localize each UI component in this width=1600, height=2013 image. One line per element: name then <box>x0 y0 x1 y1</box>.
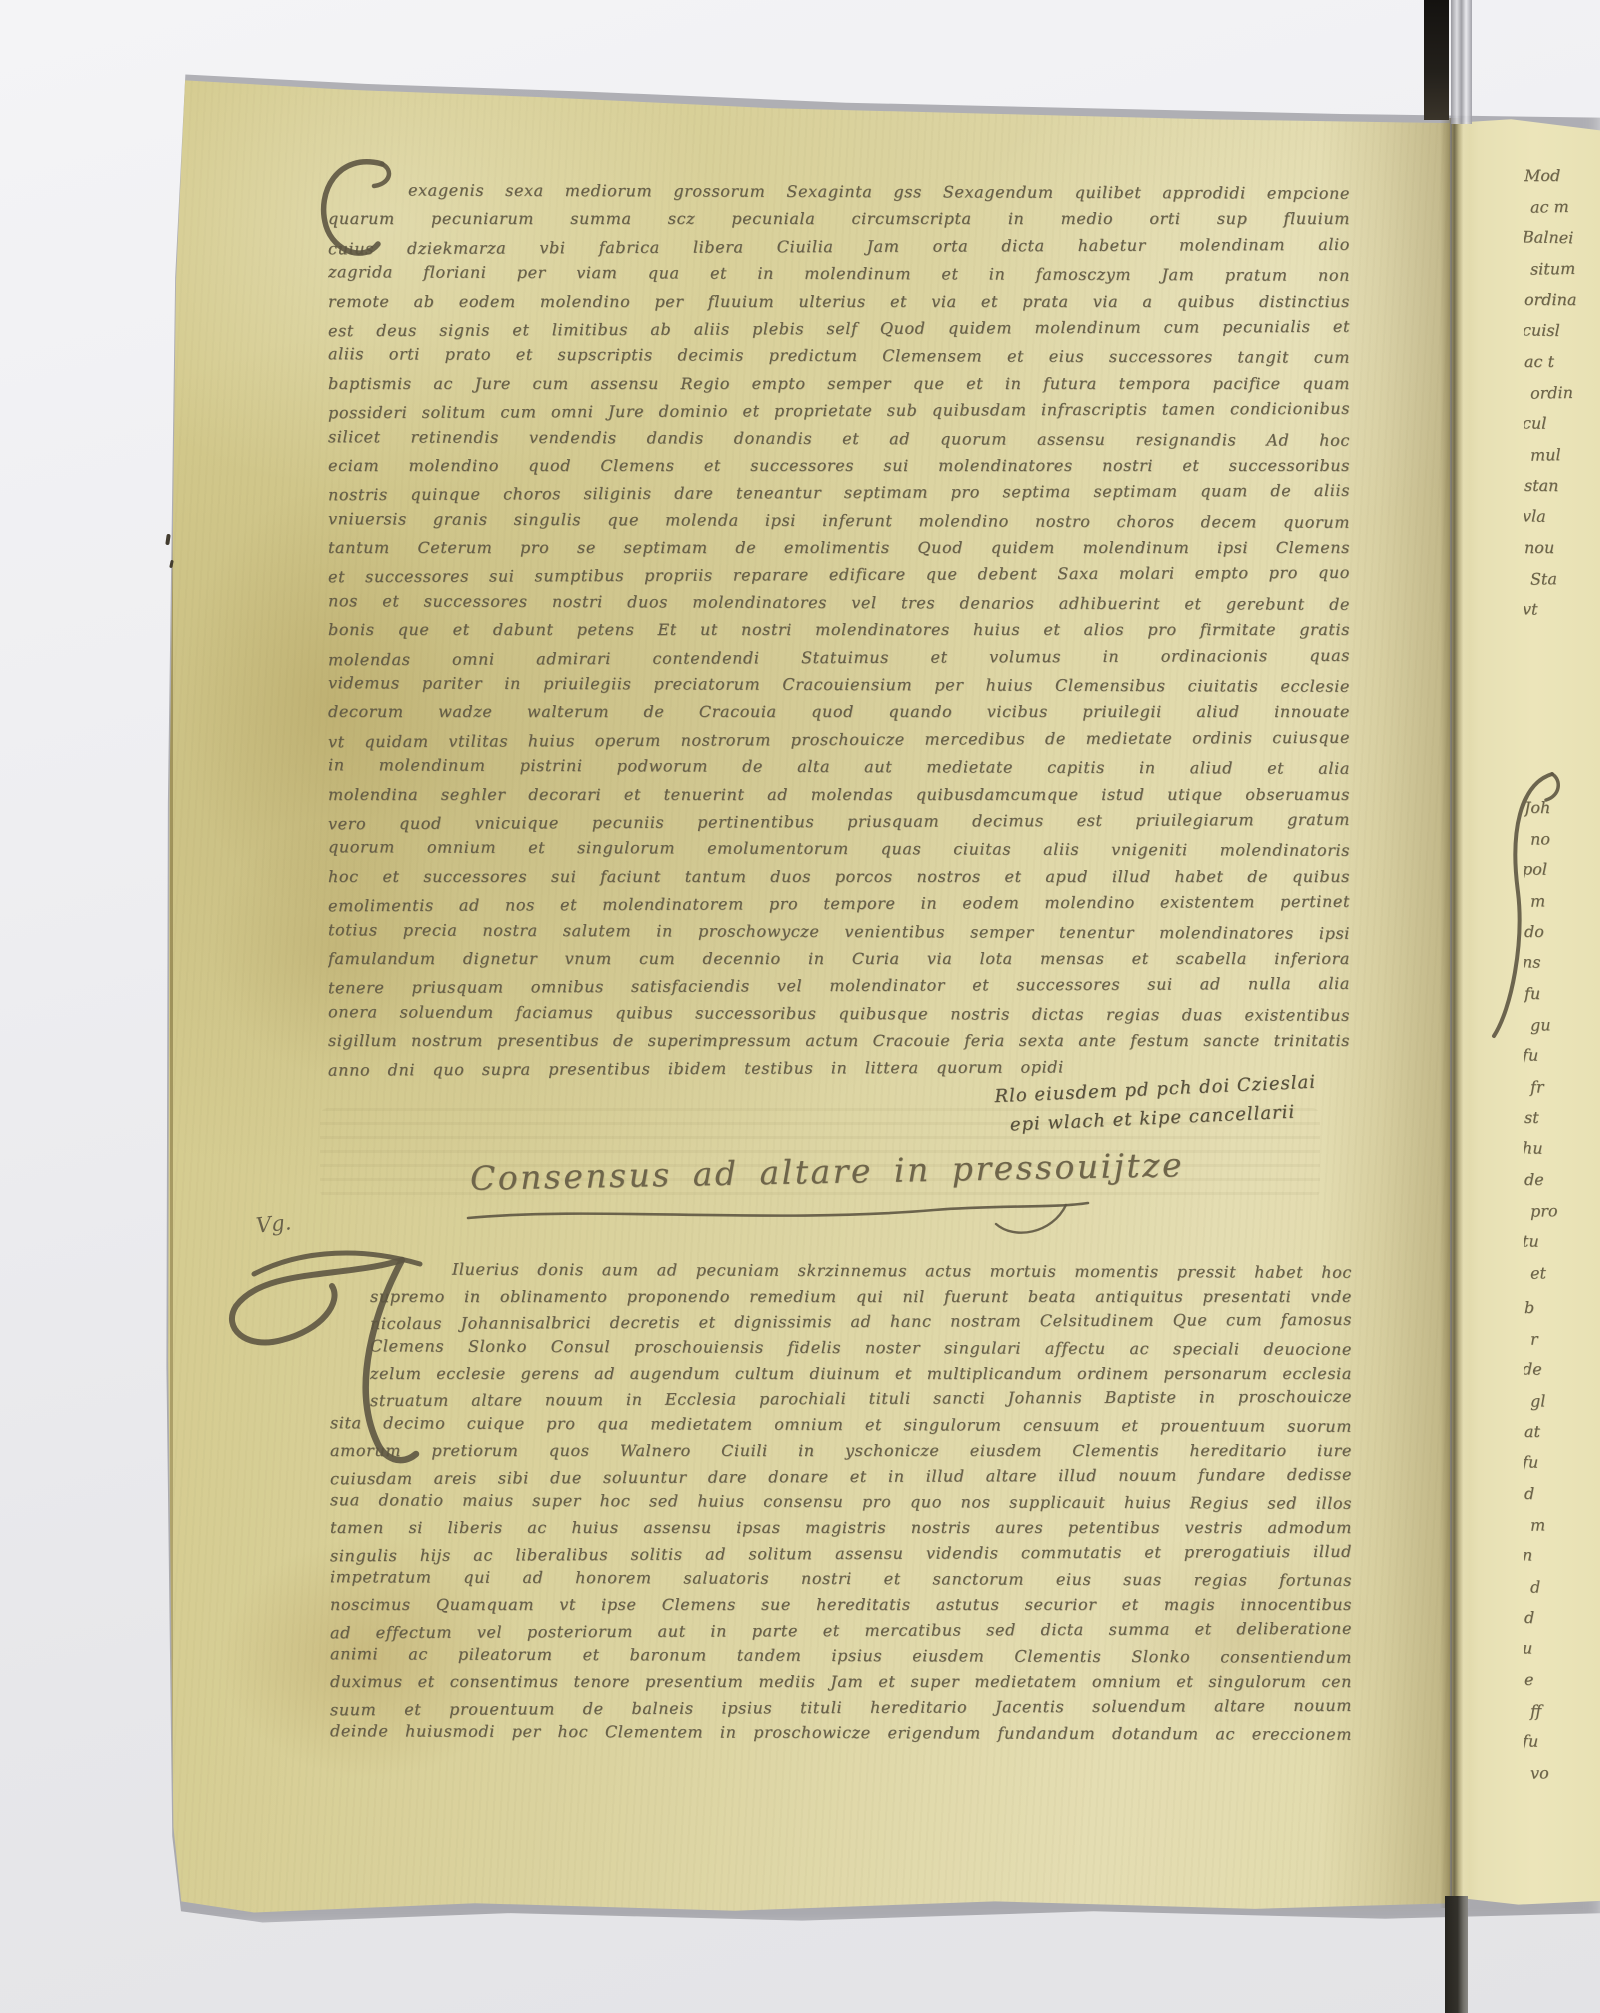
facing-page-fragment: Balnei <box>1524 221 1598 253</box>
manuscript-line: duximus et consentimus tenore presentium… <box>330 1669 1352 1695</box>
facing-page-fragment: de <box>1524 1164 1600 1195</box>
manuscript-line: eciam molendino quod Clemens et successo… <box>328 452 1350 479</box>
facing-page-fragment: st <box>1524 1102 1600 1133</box>
book-rod-bottom <box>1445 1896 1468 2013</box>
manuscript-line: nostris quinque choros siliginis dare te… <box>328 477 1350 509</box>
manuscript-line: amorum pretiorum quos Walnero Ciuili in … <box>330 1438 1352 1464</box>
manuscript-line: sita decimo cuique pro qua medietatem om… <box>330 1410 1352 1439</box>
manuscript-line: famulandum dignetur vnum cum decennio in… <box>328 945 1350 972</box>
facing-page-fragment: d <box>1524 1602 1600 1633</box>
manuscript-line: silicet retinendis vendendis dandis dona… <box>328 423 1350 454</box>
facing-page-fragment: e <box>1524 1664 1600 1695</box>
facing-page-fragment: d <box>1530 1570 1600 1602</box>
margin-mark: Vg. <box>255 1210 293 1238</box>
manuscript-line: deinde huiusmodi per hoc Clementem in pr… <box>330 1719 1352 1748</box>
manuscript-line: tenere priusquam omnibus satisfaciendis … <box>328 970 1350 1002</box>
facing-page-fragment: situm <box>1530 252 1600 284</box>
manuscript-line: impetratum qui ad honorem saluatoris nos… <box>330 1564 1352 1593</box>
facing-page-fragment: n <box>1524 1539 1598 1571</box>
manuscript-line: tamen si liberis ac huius assensu ipsas … <box>330 1515 1352 1541</box>
manuscript-line: vt quidam vtilitas huius operum nostroru… <box>328 724 1350 756</box>
manuscript-line: supremo in oblinamento proponendo remedi… <box>330 1284 1352 1310</box>
manuscript-line: hoc et successores sui faciunt tantum du… <box>328 863 1350 890</box>
facing-page-fragment: fu <box>1524 1725 1598 1757</box>
manuscript-line: et successores sui sumptibus propriis re… <box>328 559 1350 591</box>
facing-page-fragments-top: Modac mBalneisitumordinacuislac tordincu… <box>1524 160 1600 625</box>
manuscript-line: quarum pecuniarum summa scz pecuniala ci… <box>328 205 1350 232</box>
manuscript-line: baptismis ac Jure cum assensu Regio empt… <box>328 370 1350 397</box>
manuscript-line: remote ab eodem molendino per fluuium ul… <box>328 288 1350 315</box>
manuscript-line: anno dni quo supra presentibus ibidem te… <box>328 1053 1064 1084</box>
facing-page-fragment: cul <box>1524 407 1598 439</box>
manuscript-line: onera soluendum faciamus quibus successo… <box>328 998 1350 1029</box>
book-rod-glass-highlight <box>1451 0 1472 124</box>
manuscript-line: nos et successores nostri duos molendina… <box>328 587 1350 618</box>
text-block-consent: Iluerius donis aum ad pecuniam skrzinnem… <box>330 1258 1352 1746</box>
facing-page-fragment: Mod <box>1524 160 1600 191</box>
facing-page-fragment: gl <box>1530 1384 1600 1416</box>
manuscript-line: emolimentis ad nos et molendinatorem pro… <box>328 888 1350 920</box>
manuscript-line: aliis orti prato et supscriptis decimis … <box>328 341 1350 372</box>
page-edge-mark <box>165 534 170 545</box>
manuscript-photo: Modac mBalneisitumordinacuislac tordincu… <box>0 0 1600 2013</box>
page-crease-shadow <box>1440 118 1470 1908</box>
manuscript-line: bonis que et dabunt petens Et ut nostri … <box>328 616 1350 643</box>
facing-page-fragment: mul <box>1530 438 1600 470</box>
facing-page-fragment: cuisl <box>1524 314 1598 346</box>
manuscript-line: decorum wadze walterum de Cracouia quod … <box>328 698 1350 725</box>
facing-page-fragment: fr <box>1530 1070 1600 1102</box>
facing-page-fragment: Sta <box>1530 562 1600 594</box>
facing-page-fragment: at <box>1524 1416 1600 1447</box>
facing-page-fragments-bottom: brdeglatfudmndduefffuvo <box>1524 1292 1600 1788</box>
facing-page-fragment: b <box>1524 1292 1600 1323</box>
manuscript-line: Iluerius donis aum ad pecuniam skrzinnem… <box>330 1256 1352 1285</box>
facing-page-fragment: u <box>1524 1632 1598 1664</box>
manuscript-line: sua donatio maius super hoc sed huius co… <box>330 1487 1352 1516</box>
facing-page-fragment: vo <box>1530 1756 1600 1788</box>
manuscript-line: tantum Ceterum pro se septimam de emolim… <box>328 534 1350 561</box>
facing-page-fragment: nou <box>1524 532 1600 563</box>
manuscript-line: possideri solitum cum omni Jure dominio … <box>328 395 1350 427</box>
manuscript-line: exagenis sexa mediorum grossorum Sexagin… <box>328 176 1350 207</box>
facing-page-fragment: ordin <box>1530 376 1600 408</box>
facing-page-fragment: ordina <box>1524 284 1600 315</box>
manuscript-line: zagrida floriani per viam qua et in mole… <box>328 258 1350 289</box>
facing-page-fragment: tu <box>1524 1225 1598 1257</box>
facing-page-fragment: r <box>1530 1322 1600 1354</box>
manuscript-line: videmus pariter in priuilegiis preciator… <box>328 669 1350 700</box>
heading-underline-flourish <box>462 1196 1102 1244</box>
manuscript-line: quorum omnium et singulorum emolumentoru… <box>328 834 1350 865</box>
facing-page-fragment: pro <box>1530 1194 1600 1226</box>
facing-page-fragment: fu <box>1524 1446 1598 1478</box>
manuscript-line: animi ac pileatorum et baronum tandem ip… <box>330 1642 1352 1671</box>
facing-page-fragment: d <box>1524 1478 1600 1509</box>
manuscript-line: zelum ecclesie gerens ad augendum cultum… <box>330 1361 1352 1387</box>
manuscript-line: molendas omni admirari contendendi Statu… <box>328 641 1350 673</box>
facing-page-fragment: de <box>1524 1353 1598 1385</box>
manuscript-line: sigillum nostrum presentibus de superimp… <box>328 1027 1350 1054</box>
text-block-primary: exagenis sexa mediorum grossorum Sexagin… <box>328 178 1350 1082</box>
manuscript-line: vniuersis granis singulis que molenda ip… <box>328 505 1350 536</box>
facing-page-fragment: ff <box>1530 1694 1600 1726</box>
facing-page-fragment: ac t <box>1524 346 1600 377</box>
facing-page-fragment: vla <box>1524 500 1598 532</box>
manuscript-line: molendina seghler decorari et tenuerint … <box>328 781 1350 808</box>
book-rod-top <box>1424 0 1449 120</box>
facing-page-flourish <box>1490 770 1568 1045</box>
facing-page-fragment: vt <box>1524 593 1598 625</box>
manuscript-line: Clemens Slonko Consul proschouiensis fid… <box>330 1333 1352 1362</box>
facing-page-fragment: hu <box>1524 1132 1598 1164</box>
facing-page-fragment: et <box>1530 1256 1600 1288</box>
manuscript-line: totius precia nostra salutem in proschow… <box>328 916 1350 947</box>
manuscript-line: in molendinum pistrini podworum de alta … <box>328 751 1350 782</box>
facing-page-fragment: ac m <box>1530 190 1600 222</box>
facing-page-fragment: stan <box>1524 470 1600 501</box>
manuscript-line: noscimus Quamquam vt ipse Clemens sue he… <box>330 1592 1352 1618</box>
manuscript-line: cuius dziekmarza vbi fabrica libera Ciui… <box>328 231 1350 263</box>
facing-page-fragment: m <box>1530 1508 1600 1540</box>
